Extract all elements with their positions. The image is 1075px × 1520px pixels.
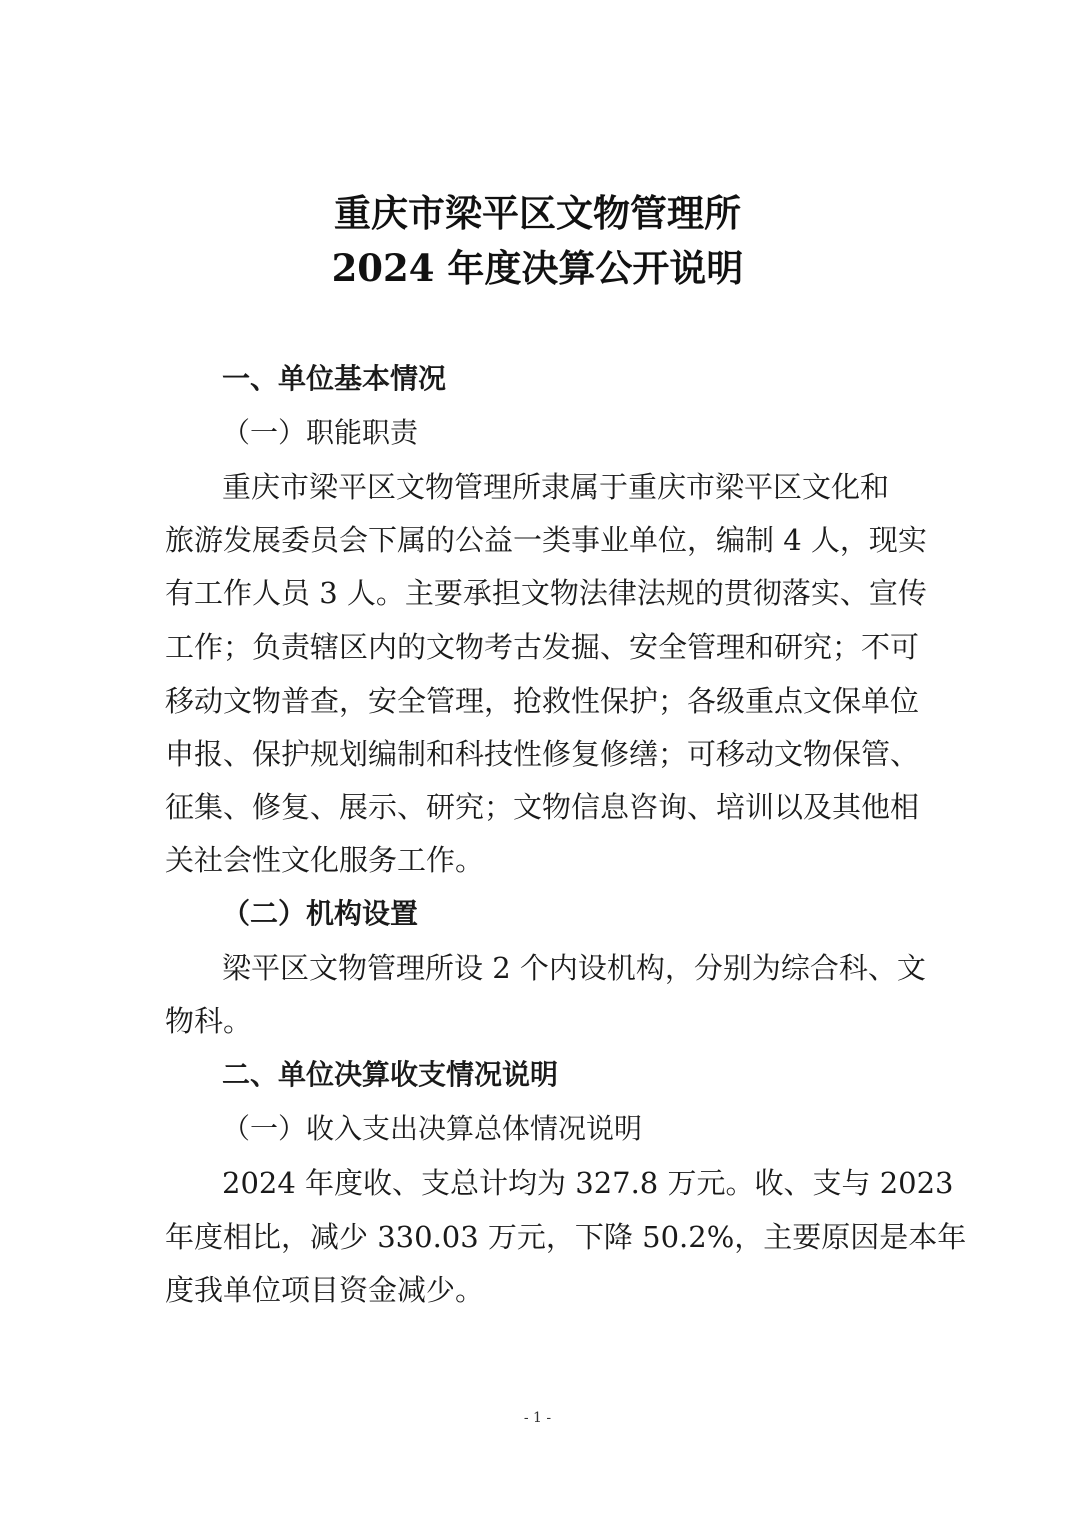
paragraph-line: 物科。 <box>165 1004 915 1038</box>
page-number: - 1 - <box>0 1410 1075 1426</box>
document-page: 重庆市梁平区文物管理所 2024 年度决算公开说明 一、单位基本情况 （一）职能… <box>0 0 1075 1520</box>
section-1-heading: 一、单位基本情况 <box>222 362 972 396</box>
document-title-line-1: 重庆市梁平区文物管理所 <box>0 195 1075 232</box>
paragraph-line: 旅游发展委员会下属的公益一类事业单位，编制 4 人，现实 <box>165 523 915 557</box>
section-1-sub-1-heading: （一）职能职责 <box>222 416 972 450</box>
document-title-line-2: 2024 年度决算公开说明 <box>0 250 1075 287</box>
paragraph-line: 申报、保护规划编制和科技性修复修缮；可移动文物保管、 <box>165 737 915 771</box>
section-1-sub-2-heading: （二）机构设置 <box>222 897 972 931</box>
paragraph-line: 2024 年度收、支总计均为 327.8 万元。收、支与 2023 <box>222 1166 887 1200</box>
paragraph-line: 度我单位项目资金减少。 <box>165 1273 915 1307</box>
section-2-heading: 二、单位决算收支情况说明 <box>222 1058 972 1092</box>
paragraph-line: 关社会性文化服务工作。 <box>165 843 915 877</box>
paragraph-line: 征集、修复、展示、研究；文物信息咨询、培训以及其他相 <box>165 790 915 824</box>
paragraph-line: 工作；负责辖区内的文物考古发掘、安全管理和研究；不可 <box>165 630 915 664</box>
paragraph-line: 年度相比，减少 330.03 万元，下降 50.2%，主要原因是本年 <box>165 1220 915 1254</box>
section-2-sub-1-heading: （一）收入支出决算总体情况说明 <box>222 1112 972 1146</box>
paragraph-line: 移动文物普查，安全管理，抢救性保护；各级重点文保单位 <box>165 684 915 718</box>
paragraph-line: 梁平区文物管理所设 2 个内设机构，分别为综合科、文 <box>222 951 915 985</box>
paragraph-line: 重庆市梁平区文物管理所隶属于重庆市梁平区文化和 <box>222 470 887 504</box>
paragraph-line: 有工作人员 3 人。主要承担文物法律法规的贯彻落实、宣传 <box>165 576 915 610</box>
